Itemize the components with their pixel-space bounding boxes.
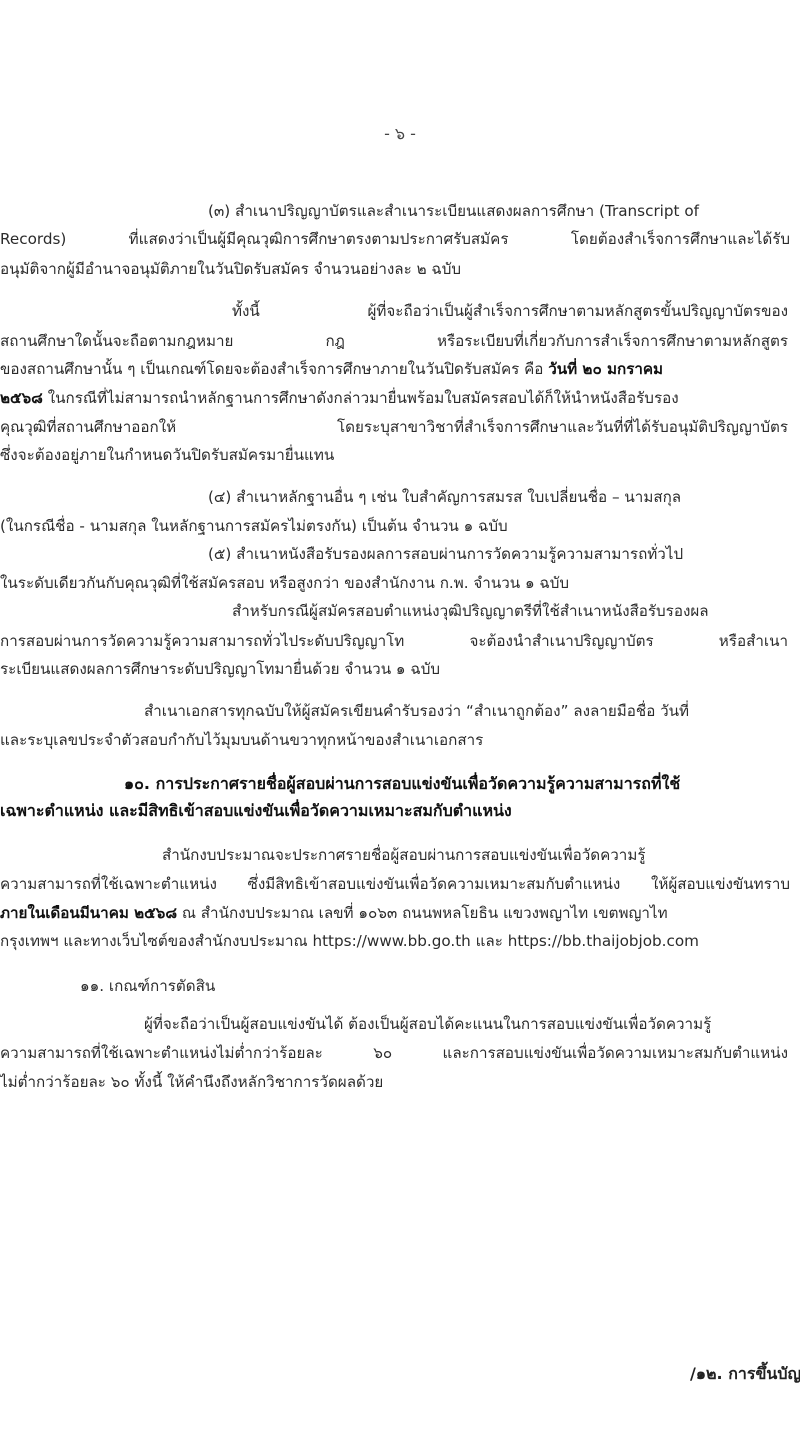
application-deadline-date: วันที่ ๒๐ มกราคม	[548, 360, 663, 378]
graduation-note-line3: ของสถานศึกษานั้น ๆ เป็นเกณฑ์โดยจะต้องสำเ…	[0, 358, 788, 380]
item4-line2: (ในกรณีชื่อ - นามสกุล ในหลักฐานการสมัครไ…	[0, 515, 508, 537]
graduation-note-line3-text: ของสถานศึกษานั้น ๆ เป็นเกณฑ์โดยจะต้องสำเ…	[0, 360, 548, 378]
section11-body-line2: ความสามารถที่ใช้เฉพาะตำแหน่งไม่ต่ำกว่าร้…	[0, 1042, 788, 1064]
item4-line1: (๔) สำเนาหลักฐานอื่น ๆ เช่น ใบสำคัญการสม…	[208, 486, 681, 508]
bachelor-note-line1: สำหรับกรณีผู้สมัครสอบตำแหน่งวุฒิปริญญาตร…	[232, 600, 709, 622]
item5-line1: (๕) สำเนาหนังสือรับรองผลการสอบผ่านการวัด…	[208, 543, 683, 565]
bachelor-note-line2: การสอบผ่านการวัดความรู้ความสามารถทั่วไปร…	[0, 630, 788, 652]
section10-body-line3: ภายในเดือนมีนาคม ๒๕๖๘ ณ สำนักงบประมาณ เล…	[0, 902, 668, 924]
bachelor-note-line3: ระเบียนแสดงผลการศึกษาระดับปริญญาโทมายื่น…	[0, 658, 440, 680]
certify-note-line2: และระบุเลขประจำตัวสอบกำกับไว้มุมบนด้านขว…	[0, 729, 483, 751]
graduation-note-line5: คุณวุฒิที่สถานศึกษาออกให้ โดยระบุสาขาวิช…	[0, 416, 788, 438]
section11-body-line3: ไม่ต่ำกว่าร้อยละ ๖๐ ทั้งนี้ ให้คำนึงถึงห…	[0, 1071, 383, 1093]
section11-body-line1: ผู้ที่จะถือว่าเป็นผู้สอบแข่งขันได้ ต้องเ…	[144, 1013, 711, 1035]
announcement-date: ภายในเดือนมีนาคม ๒๕๖๘	[0, 904, 177, 922]
graduation-note-line1: ทั้งนี้ ผู้ที่จะถือว่าเป็นผู้สำเร็จการศึ…	[232, 300, 788, 322]
section10-heading-line1: ๑๐. การประกาศรายชื่อผู้สอบผ่านการสอบแข่ง…	[124, 773, 680, 795]
item5-line2: ในระดับเดียวกันกับคุณวุฒิที่ใช้สมัครสอบ …	[0, 572, 569, 594]
section10-body-line4: กรุงเทพฯ และทางเว็บไซต์ของสำนักงบประมาณ …	[0, 930, 699, 952]
graduation-note-line4-text: ในกรณีที่ไม่สามารถนำหลักฐานการศึกษาดังกล…	[48, 389, 679, 407]
section10-body-line1: สำนักงบประมาณจะประกาศรายชื่อผู้สอบผ่านกา…	[162, 844, 646, 866]
section11-heading: ๑๑. เกณฑ์การตัดสิน	[80, 975, 215, 997]
section10-heading-line2: เฉพาะตำแหน่ง และมีสิทธิเข้าสอบแข่งขันเพื…	[0, 800, 512, 822]
document-page: - ๖ - (๓) สำเนาปริญญาบัตรและสำเนาระเบียน…	[0, 0, 800, 1448]
item3-line2: Records) ที่แสดงว่าเป็นผู้มีคุณวุฒิการศึ…	[0, 228, 790, 250]
section10-body-line3-text: ณ สำนักงบประมาณ เลขที่ ๑๐๖๓ ถนนพหลโยธิน …	[177, 904, 668, 922]
graduation-note-line2: สถานศึกษาใดนั้นจะถือตามกฎหมาย กฎ หรือระเ…	[0, 330, 788, 352]
continuation-marker: /๑๒. การขึ้นบัญชี...	[690, 1362, 800, 1387]
section10-body-line2: ความสามารถที่ใช้เฉพาะตำแหน่ง ซึ่งมีสิทธิ…	[0, 873, 790, 895]
graduation-note-line6: ซึ่งจะต้องอยู่ภายในกำหนดวันปิดรับสมัครมา…	[0, 444, 334, 466]
item3-line3: อนุมัติจากผู้มีอำนาจอนุมัติภายในวันปิดรั…	[0, 258, 461, 280]
application-deadline-year: ๒๕๖๘	[0, 389, 43, 407]
graduation-note-line4: ๒๕๖๘ ในกรณีที่ไม่สามารถนำหลักฐานการศึกษา…	[0, 387, 788, 409]
certify-note-line1: สำเนาเอกสารทุกฉบับให้ผู้สมัครเขียนคำรับร…	[144, 700, 689, 722]
item3-line1: (๓) สำเนาปริญญาบัตรและสำเนาระเบียนแสดงผล…	[208, 200, 796, 222]
page-number: - ๖ -	[0, 122, 800, 147]
